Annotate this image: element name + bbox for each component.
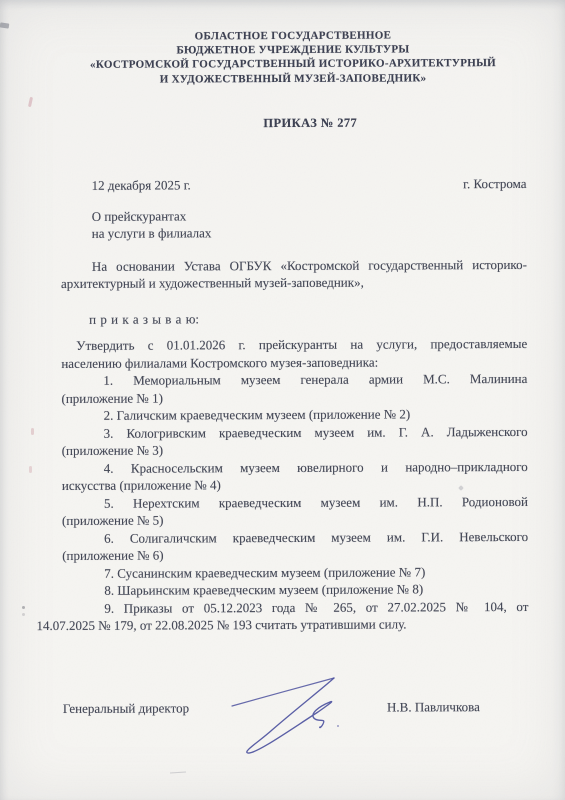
- text-line: (приложение № 5): [62, 510, 528, 530]
- text-line: архитектурный и художественный музей-зап…: [61, 273, 527, 293]
- order-title: ПРИКАЗ № 277: [77, 114, 543, 134]
- handwritten-signature-icon: [220, 664, 345, 759]
- order-city: г. Кострома: [463, 175, 527, 193]
- order-date: 12 декабря 2025 г.: [61, 177, 191, 195]
- text-line: 7. Сусанинским краеведческим музеем (при…: [62, 563, 528, 583]
- text-line: И ХУДОЖЕСТВЕННЫЙ МУЗЕЙ-ЗАПОВЕДНИК»: [60, 71, 526, 87]
- order-item: 8. Шарьинским краеведческим музеем (прил…: [62, 580, 528, 600]
- order-subject: О прейскурантахна услуги в филиалах: [61, 206, 527, 243]
- order-intro-paragraph: Утвердить с 01.01.2026 г. прейскуранты н…: [61, 335, 527, 372]
- text-line: на услуги в филиалах: [61, 223, 527, 243]
- order-item: 3. Кологривским краеведческим музеем им.…: [62, 423, 528, 460]
- order-items-list: 1. Мемориальным музеем генерала армии М.…: [61, 370, 528, 635]
- signatory-name: Н.В. Павличкова: [387, 698, 529, 716]
- text-line: (приложение № 1): [61, 388, 527, 408]
- order-item: 5. Нерехтским краеведческим музеем им. Н…: [62, 493, 528, 530]
- text-line: 14.07.2025 № 179, от 22.08.2025 № 193 сч…: [36, 615, 528, 635]
- text-line: На основании Устава ОГБУК «Костромской г…: [61, 256, 527, 276]
- organization-header: ОБЛАСТНОЕ ГОСУДАРСТВЕННОЕБЮДЖЕТНОЕ УЧРЕЖ…: [60, 28, 526, 87]
- date-city-row: 12 декабря 2025 г. г. Кострома: [61, 175, 527, 195]
- order-item: 6. Солигаличским краеведческим музеем им…: [62, 528, 528, 565]
- text-line: «КОСТРОМСКОЙ ГОСУДАРСТВЕННЫЙ ИСТОРИКО-АР…: [60, 56, 526, 72]
- text-line: Утвердить с 01.01.2026 г. прейскуранты н…: [61, 335, 527, 355]
- text-line: искусства (приложение № 4): [62, 475, 528, 495]
- decree-word: п р и к а з ы в а ю:: [61, 309, 527, 329]
- text-line: населению филиалами Костромского музея-з…: [61, 353, 527, 373]
- text-line: (приложение № 3): [62, 440, 528, 460]
- order-item: 4. Красносельским музеем ювелирного и на…: [62, 458, 528, 495]
- basis-paragraph: На основании Устава ОГБУК «Костромской г…: [61, 256, 527, 293]
- text-line: 9. Приказы от 05.12.2023 года № 265, от …: [62, 598, 528, 618]
- document-content: ОБЛАСТНОЕ ГОСУДАРСТВЕННОЕБЮДЖЕТНОЕ УЧРЕЖ…: [0, 0, 565, 718]
- text-line: 6. Солигаличским краеведческим музеем им…: [62, 528, 528, 548]
- text-line: 4. Красносельским музеем ювелирного и на…: [62, 458, 528, 478]
- text-line: 1. Мемориальным музеем генерала армии М.…: [61, 370, 527, 390]
- scanned-order-document: ОБЛАСТНОЕ ГОСУДАРСТВЕННОЕБЮДЖЕТНОЕ УЧРЕЖ…: [0, 0, 565, 800]
- scan-speck: [170, 771, 186, 773]
- text-line: О прейскурантах: [61, 206, 527, 226]
- text-line: 2. Галичским краеведческим музеем (прило…: [62, 405, 528, 425]
- text-line: 5. Нерехтским краеведческим музеем им. Н…: [62, 493, 528, 513]
- text-line: 3. Кологривским краеведческим музеем им.…: [62, 423, 528, 443]
- signatory-role: Генеральный директор: [63, 699, 189, 717]
- text-line: 8. Шарьинским краеведческим музеем (прил…: [62, 580, 528, 600]
- text-line: (приложение № 6): [62, 545, 528, 565]
- order-item: 7. Сусанинским краеведческим музеем (при…: [62, 563, 528, 583]
- order-item: 2. Галичским краеведческим музеем (прило…: [62, 405, 528, 425]
- order-item: 1. Мемориальным музеем генерала армии М.…: [61, 370, 527, 407]
- order-item: 9. Приказы от 05.12.2023 года № 265, от …: [62, 598, 528, 635]
